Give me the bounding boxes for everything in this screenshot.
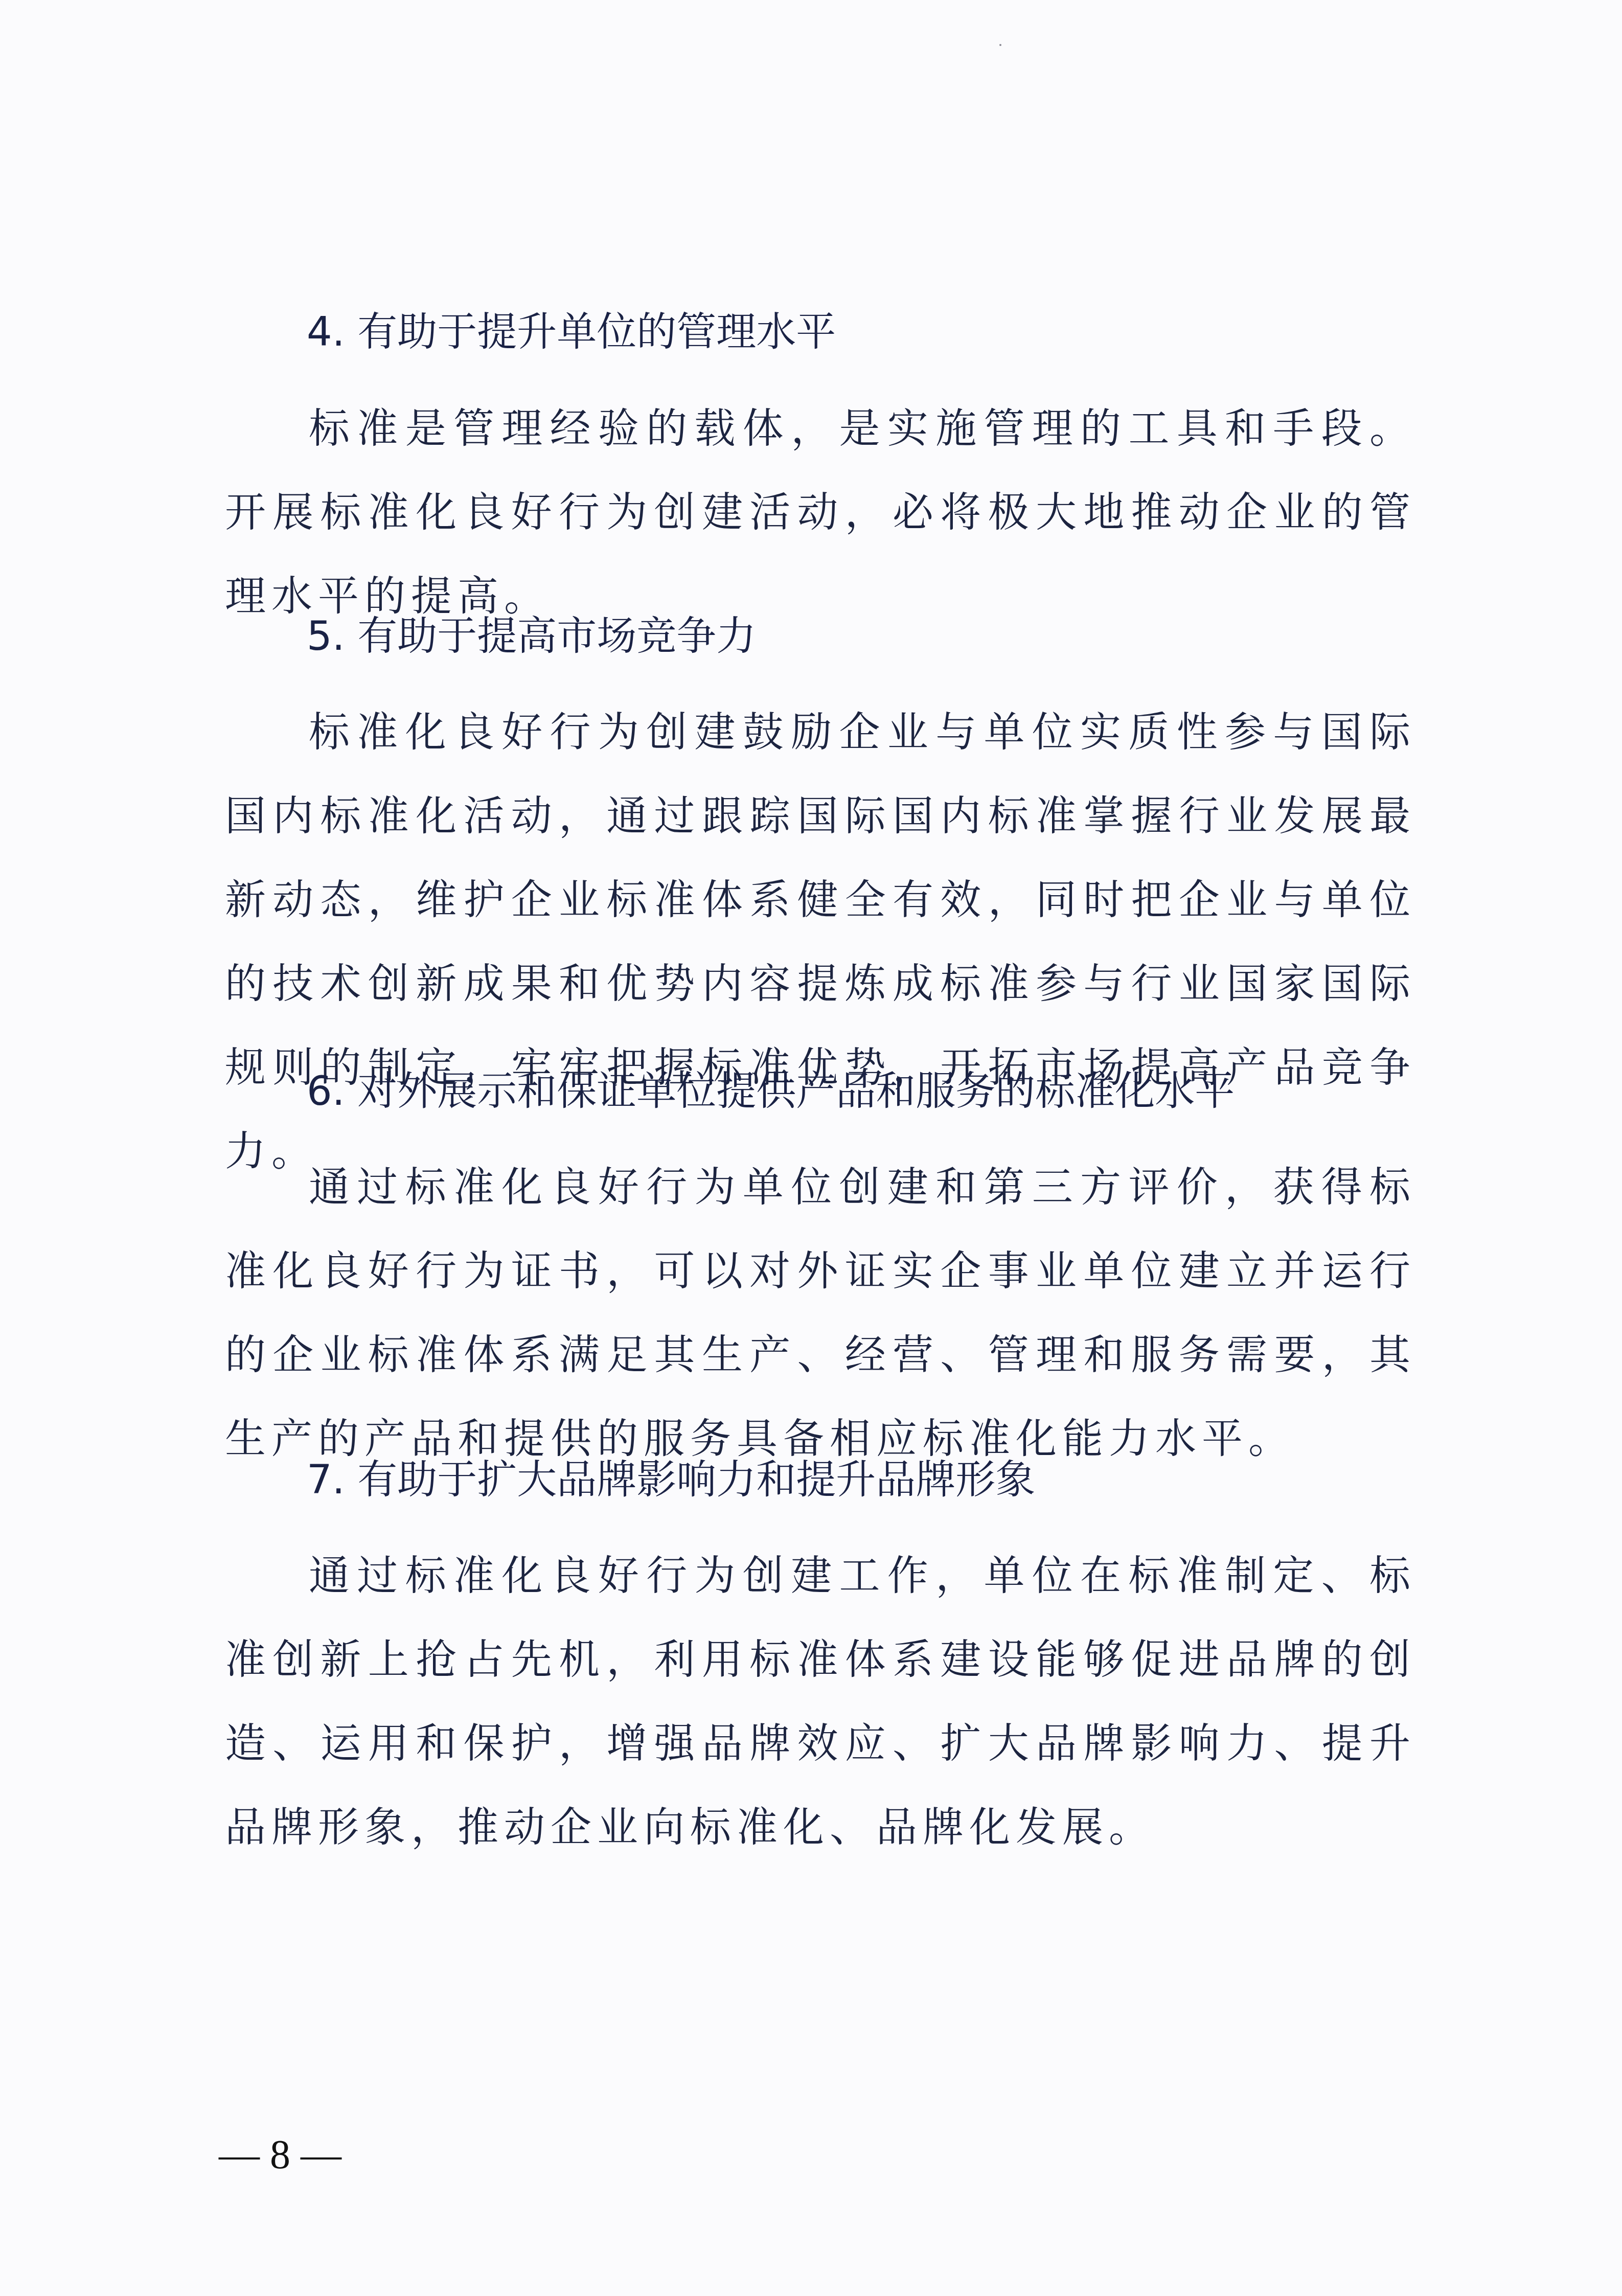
section-heading-5: 5. 有助于提高市场竞争力 <box>307 611 756 662</box>
section-heading-6: 6. 对外展示和保证单位提供产品和服务的标准化水平 <box>307 1066 1235 1117</box>
section-heading-4: 4. 有助于提升单位的管理水平 <box>307 307 836 358</box>
scan-speck <box>999 44 1001 46</box>
document-page: 4. 有助于提升单位的管理水平 标准是管理经验的载体，是实施管理的工具和手段。开… <box>0 0 1622 2296</box>
section-body-6: 通过标准化良好行为单位创建和第三方评价，获得标准化良好行为证书，可以对外证实企事… <box>225 1145 1416 1481</box>
page-number: — 8 — <box>219 2129 341 2180</box>
section-body-4: 标准是管理经验的载体，是实施管理的工具和手段。开展标准化良好行为创建活动，必将极… <box>225 387 1416 638</box>
section-body-5: 标准化良好行为创建鼓励企业与单位实质性参与国际国内标准化活动，通过跟踪国际国内标… <box>225 690 1416 1193</box>
section-body-7: 通过标准化良好行为创建工作，单位在标准制定、标准创新上抢占先机，利用标准体系建设… <box>225 1534 1416 1869</box>
section-heading-7: 7. 有助于扩大品牌影响力和提升品牌形象 <box>307 1454 1035 1506</box>
